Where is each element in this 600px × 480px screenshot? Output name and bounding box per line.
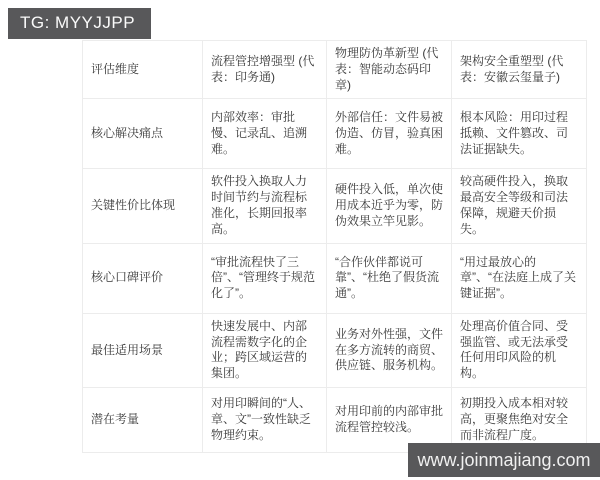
comparison-table: 评估维度 流程管控增强型 (代表：印务通) 物理防伪革新型 (代表：智能动态码印… bbox=[82, 40, 587, 453]
cell: 较高硬件投入，换取最高安全等级和司法保障，规避天价损失。 bbox=[452, 169, 587, 243]
table-row: 核心解决痛点 内部效率：审批慢、记录乱、追溯难。 外部信任：文件易被伪造、仿冒，… bbox=[83, 99, 587, 169]
cell: 业务对外性强，文件在多方流转的商贸、供应链、服务机构。 bbox=[327, 313, 452, 387]
cell: 外部信任：文件易被伪造、仿冒，验真困难。 bbox=[327, 99, 452, 169]
table-row: 关键性价比体现 软件投入换取人力时间节约与流程标准化，长期回报率高。 硬件投入低… bbox=[83, 169, 587, 243]
cell: 快速发展中、内部流程需数字化的企业；跨区域运营的集团。 bbox=[203, 313, 327, 387]
cell: “审批流程快了三倍”、“管理终于规范化了”。 bbox=[203, 243, 327, 313]
comparison-table-wrap: 评估维度 流程管控增强型 (代表：印务通) 物理防伪革新型 (代表：智能动态码印… bbox=[82, 40, 518, 440]
row-label: 关键性价比体现 bbox=[83, 169, 203, 243]
cell: 物理防伪革新型 (代表：智能动态码印章) bbox=[327, 41, 452, 99]
row-label: 核心解决痛点 bbox=[83, 99, 203, 169]
cell: 软件投入换取人力时间节约与流程标准化，长期回报率高。 bbox=[203, 169, 327, 243]
cell: 流程管控增强型 (代表：印务通) bbox=[203, 41, 327, 99]
cell: 处理高价值合同、受强监管、或无法承受任何用印风险的机构。 bbox=[452, 313, 587, 387]
cell: “合作伙伴都说可靠”、“杜绝了假货流通”。 bbox=[327, 243, 452, 313]
cell: 内部效率：审批慢、记录乱、追溯难。 bbox=[203, 99, 327, 169]
tg-badge-text: TG: MYYJJPP bbox=[20, 13, 135, 32]
row-label: 核心口碑评价 bbox=[83, 243, 203, 313]
watermark-url: www.joinmajiang.com bbox=[417, 450, 590, 471]
table-row: 最佳适用场景 快速发展中、内部流程需数字化的企业；跨区域运营的集团。 业务对外性… bbox=[83, 313, 587, 387]
cell: 架构安全重塑型 (代表：安徽云玺量子) bbox=[452, 41, 587, 99]
cell: 硬件投入低，单次使用成本近乎为零，防伪效果立竿见影。 bbox=[327, 169, 452, 243]
row-label: 潜在考量 bbox=[83, 388, 203, 453]
watermark-bar: www.joinmajiang.com bbox=[408, 443, 600, 477]
cell: 根本风险：用印过程抵赖、文件篡改、司法证据缺失。 bbox=[452, 99, 587, 169]
page: TG: MYYJJPP 评估维度 流程管控增强型 (代表：印务通) 物理防伪革新… bbox=[0, 0, 600, 480]
row-label: 最佳适用场景 bbox=[83, 313, 203, 387]
tg-badge: TG: MYYJJPP bbox=[8, 8, 151, 39]
cell: 对用印瞬间的“人、章、文”一致性缺乏物理约束。 bbox=[203, 388, 327, 453]
table-row: 评估维度 流程管控增强型 (代表：印务通) 物理防伪革新型 (代表：智能动态码印… bbox=[83, 41, 587, 99]
cell: “用过最放心的章”、“在法庭上成了关键证据”。 bbox=[452, 243, 587, 313]
row-label: 评估维度 bbox=[83, 41, 203, 99]
table-row: 核心口碑评价 “审批流程快了三倍”、“管理终于规范化了”。 “合作伙伴都说可靠”… bbox=[83, 243, 587, 313]
